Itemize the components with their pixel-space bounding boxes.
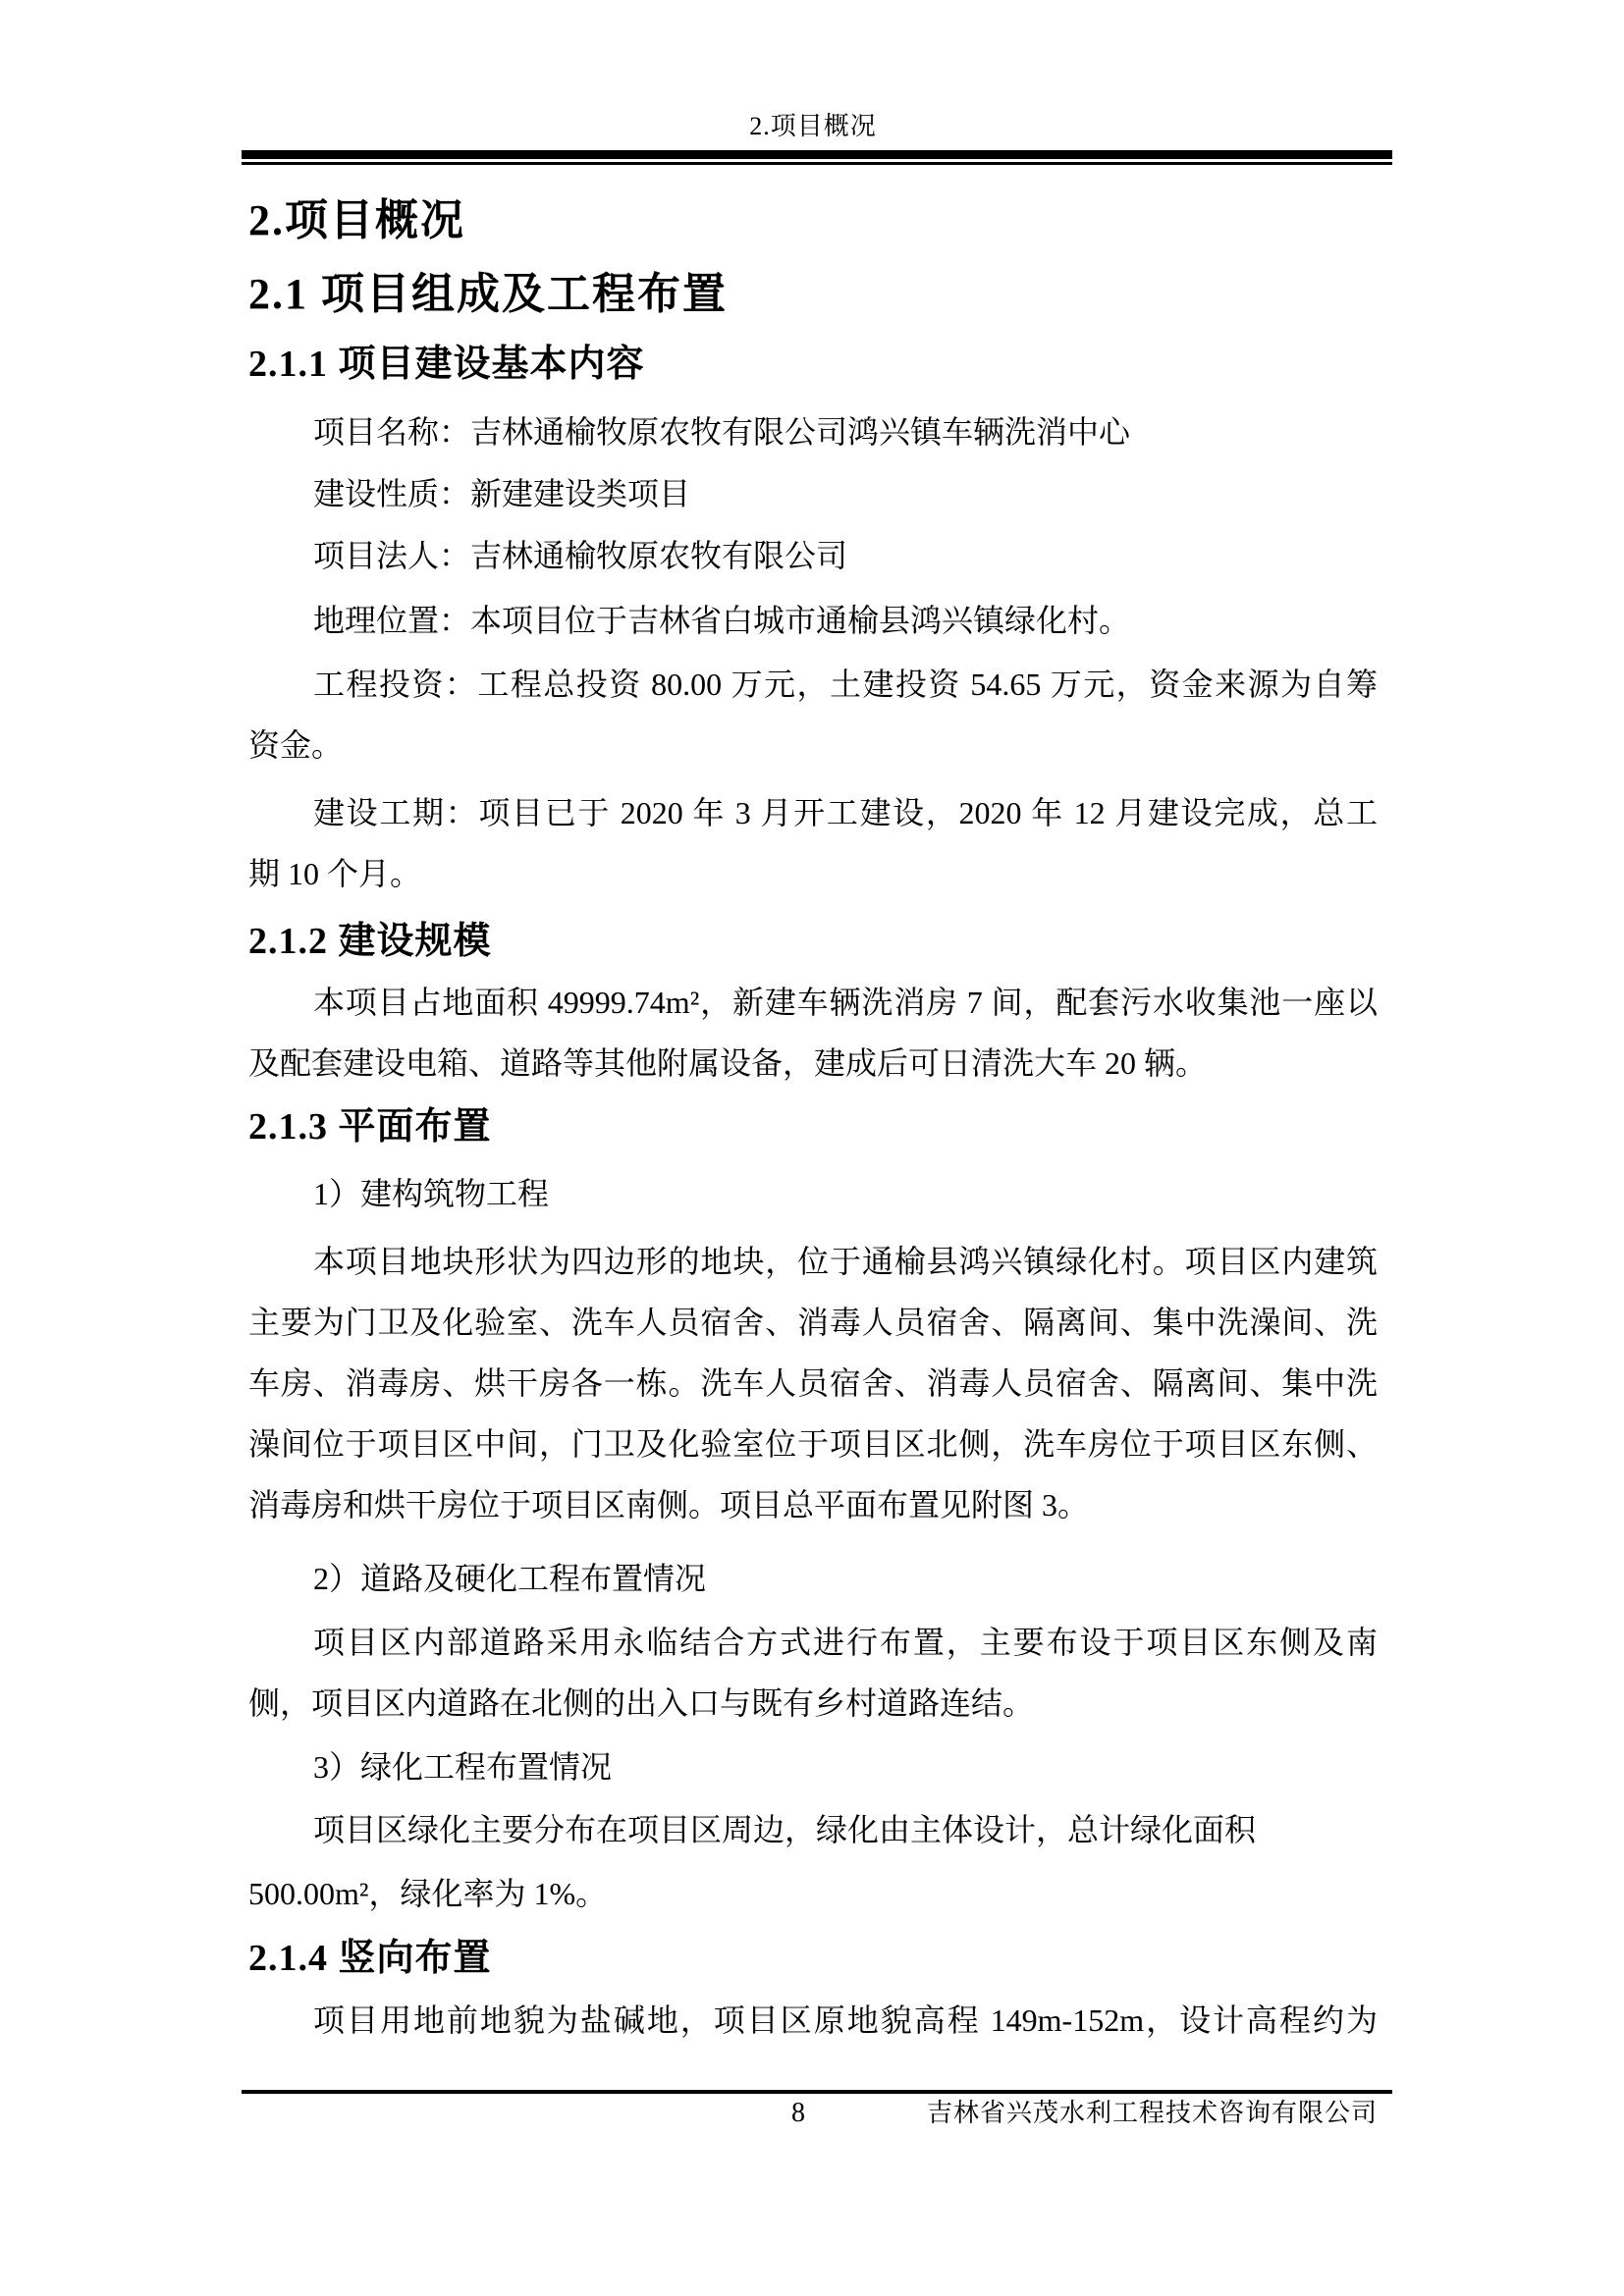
subsection-heading-2-1-1: 2.1.1 项目建设基本内容 (248, 342, 1378, 387)
text-line: 主要为门卫及化验室、洗车人员宿舍、消毒人员宿舍、隔离间、集中洗澡间、洗 (248, 1292, 1378, 1353)
text-line: 及配套建设电箱、道路等其他附属设备，建成后可日清洗大车 20 辆。 (248, 1033, 1378, 1094)
chapter-heading: 2.项目概况 (248, 196, 1378, 245)
paragraph-buildings: 本项目地块形状为四边形的地块，位于通榆县鸿兴镇绿化村。项目区内建筑 主要为门卫及… (248, 1231, 1378, 1535)
paragraph-investment: 工程投资：工程总投资 80.00 万元，土建投资 54.65 万元，资金来源为自… (248, 654, 1378, 775)
document-page: 2.项目概况 2.项目概况 2.1 项目组成及工程布置 2.1.1 项目建设基本… (0, 0, 1624, 2296)
page-number: 8 (779, 2097, 818, 2130)
text-line: 地理位置：本项目位于吉林省白城市通榆县鸿兴镇绿化村。 (248, 590, 1378, 651)
paragraph-schedule: 建设工期：项目已于 2020 年 3 月开工建设，2020 年 12 月建设完成… (248, 782, 1378, 904)
paragraph-scale: 本项目占地面积 49999.74m²，新建车辆洗消房 7 间，配套污水收集池一座… (248, 972, 1378, 1094)
text-line: 500.00m²，绿化率为 1%。 (248, 1862, 1378, 1926)
text-line: 车房、消毒房、烘干房各一栋。洗车人员宿舍、消毒人员宿舍、隔离间、集中洗 (248, 1353, 1378, 1414)
text-line: 期 10 个月。 (248, 843, 1378, 904)
subsection-heading-2-1-3: 2.1.3 平面布置 (248, 1104, 1378, 1149)
text-line: 项目法人：吉林通榆牧原农牧有限公司 (248, 525, 1378, 586)
subitem-greening: 3）绿化工程布置情况 (248, 1736, 1378, 1797)
paragraph-construction-nature: 建设性质：新建建设类项目 (248, 463, 1378, 524)
page-footer: 8 吉林省兴茂水利工程技术咨询有限公司 (248, 2097, 1378, 2130)
header-rule (242, 150, 1392, 165)
text-line: 侧，项目区内道路在北侧的出入口与既有乡村道路连结。 (248, 1673, 1378, 1734)
footer-company: 吉林省兴茂水利工程技术咨询有限公司 (927, 2097, 1378, 2130)
text-line: 资金。 (248, 715, 1378, 775)
text-line: 建设性质：新建建设类项目 (248, 463, 1378, 524)
paragraph-greening: 项目区绿化主要分布在项目区周边，绿化由主体设计，总计绿化面积 500.00m²，… (248, 1798, 1378, 1926)
paragraph-legal-person: 项目法人：吉林通榆牧原农牧有限公司 (248, 525, 1378, 586)
paragraph-vertical-layout: 项目用地前地貌为盐碱地，项目区原地貌高程 149m-152m，设计高程约为 (248, 1990, 1378, 2051)
running-header-title: 2.项目概况 (248, 110, 1378, 143)
text-line: 项目区绿化主要分布在项目区周边，绿化由主体设计，总计绿化面积 (248, 1798, 1378, 1862)
footer-rule (242, 2090, 1392, 2094)
text-line: 项目名称：吉林通榆牧原农牧有限公司鸿兴镇车辆洗消中心 (248, 401, 1378, 462)
text-line: 消毒房和烘干房位于项目区南侧。项目总平面布置见附图 3。 (248, 1474, 1378, 1535)
text-line: 本项目地块形状为四边形的地块，位于通榆县鸿兴镇绿化村。项目区内建筑 (248, 1231, 1378, 1292)
text-line: 建设工期：项目已于 2020 年 3 月开工建设，2020 年 12 月建设完成… (248, 782, 1378, 843)
paragraph-roads: 项目区内部道路采用永临结合方式进行布置，主要布设于项目区东侧及南 侧，项目区内道… (248, 1612, 1378, 1734)
section-heading-2-1: 2.1 项目组成及工程布置 (248, 270, 1378, 319)
subitem-buildings: 1）建构筑物工程 (248, 1163, 1378, 1224)
subsection-heading-2-1-2: 2.1.2 建设规模 (248, 919, 1378, 964)
subsection-heading-2-1-4: 2.1.4 竖向布置 (248, 1936, 1378, 1981)
paragraph-location: 地理位置：本项目位于吉林省白城市通榆县鸿兴镇绿化村。 (248, 590, 1378, 651)
paragraph-project-name: 项目名称：吉林通榆牧原农牧有限公司鸿兴镇车辆洗消中心 (248, 401, 1378, 462)
text-line: 项目用地前地貌为盐碱地，项目区原地貌高程 149m-152m，设计高程约为 (248, 1990, 1378, 2051)
text-line: 工程投资：工程总投资 80.00 万元，土建投资 54.65 万元，资金来源为自… (248, 654, 1378, 715)
subitem-roads: 2）道路及硬化工程布置情况 (248, 1548, 1378, 1609)
text-line: 2）道路及硬化工程布置情况 (248, 1548, 1378, 1609)
text-line: 本项目占地面积 49999.74m²，新建车辆洗消房 7 间，配套污水收集池一座… (248, 972, 1378, 1033)
text-line: 澡间位于项目区中间，门卫及化验室位于项目区北侧，洗车房位于项目区东侧、 (248, 1414, 1378, 1474)
text-line: 项目区内部道路采用永临结合方式进行布置，主要布设于项目区东侧及南 (248, 1612, 1378, 1673)
text-line: 3）绿化工程布置情况 (248, 1736, 1378, 1797)
text-line: 1）建构筑物工程 (248, 1163, 1378, 1224)
